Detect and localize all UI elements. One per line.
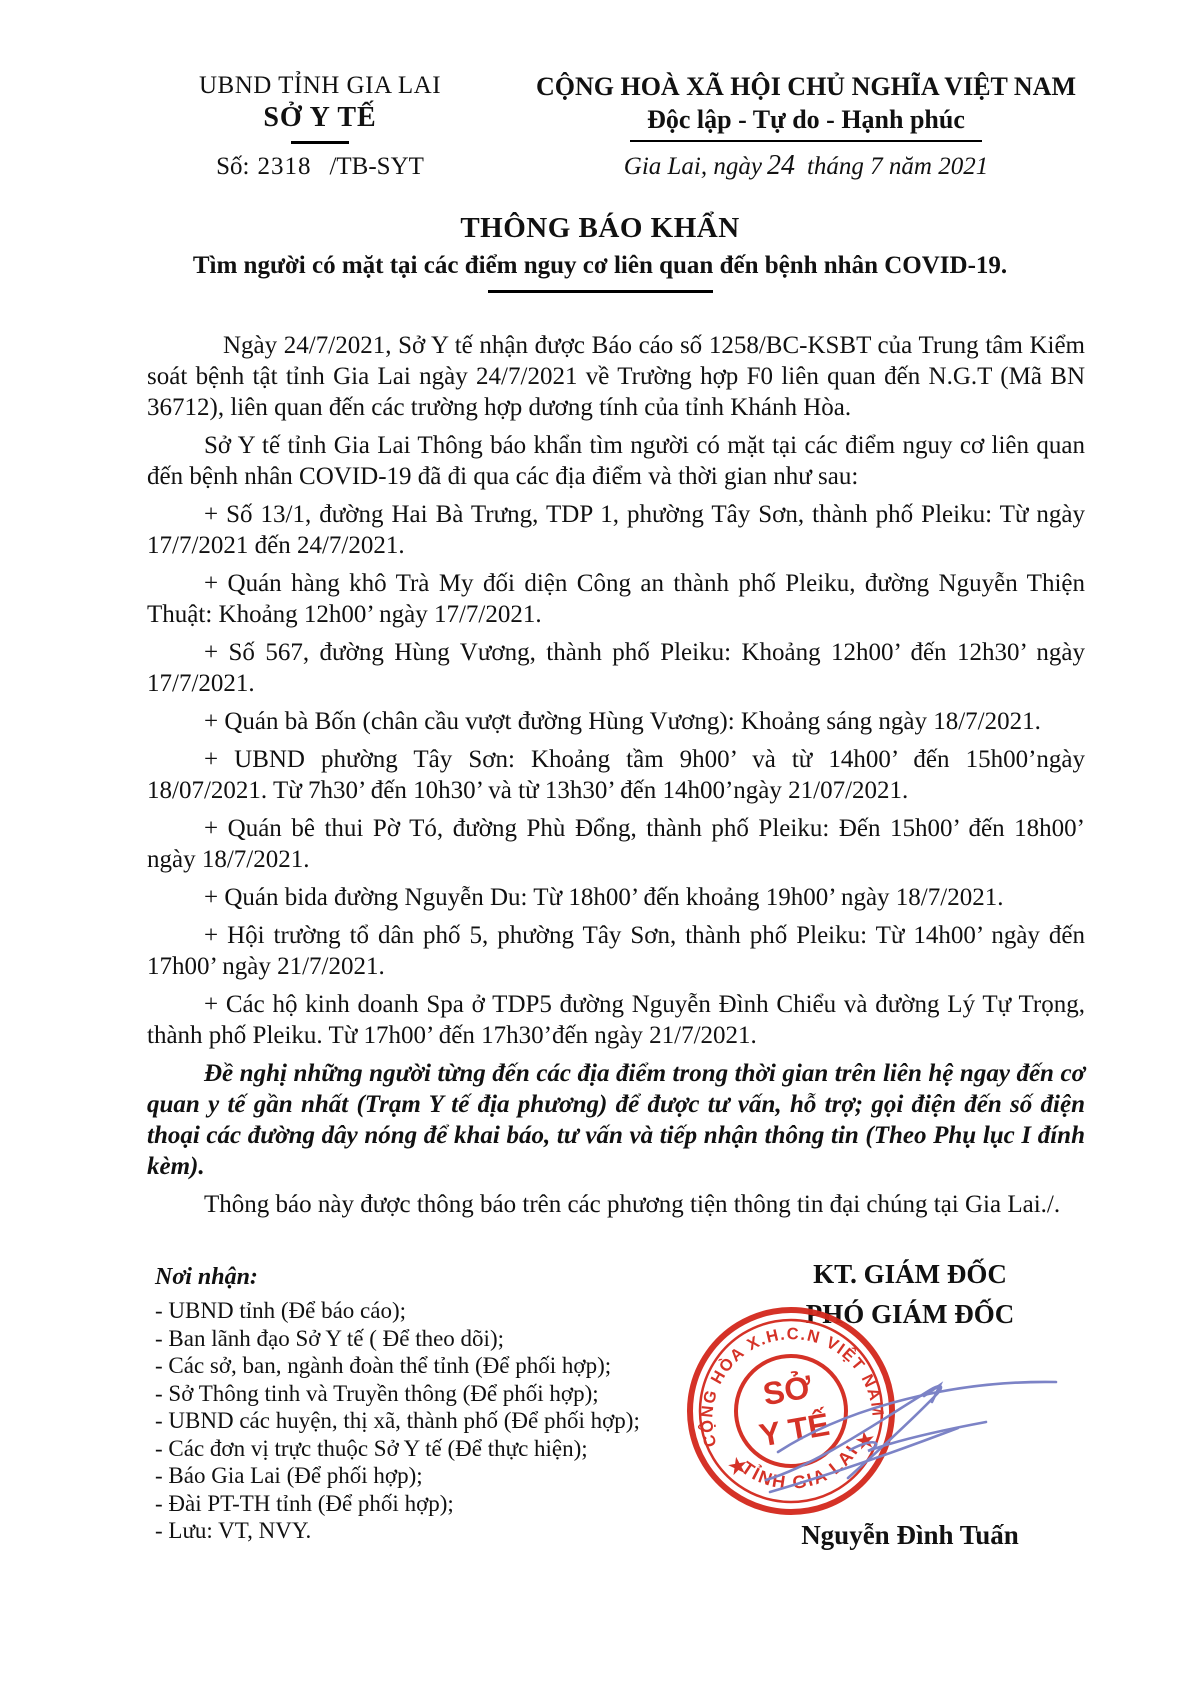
motto-underline bbox=[630, 140, 982, 142]
recipient-item: - UBND các huyện, thị xã, thành phố (Để … bbox=[155, 1407, 715, 1435]
org-underline bbox=[291, 141, 349, 144]
document-page: UBND TỈNH GIA LAI SỞ Y TẾ Số:2318/TB-SYT… bbox=[0, 0, 1200, 1699]
paragraph: Ngày 24/7/2021, Sở Y tế nhận được Báo cá… bbox=[147, 330, 1085, 423]
signature-stroke bbox=[778, 1382, 1056, 1452]
doc-number-line: Số:2318/TB-SYT bbox=[128, 153, 512, 181]
recipient-item: - UBND tỉnh (Để báo cáo); bbox=[155, 1297, 715, 1325]
doc-number-label: Số: bbox=[216, 153, 249, 180]
document-title: THÔNG BÁO KHẨN bbox=[0, 212, 1200, 245]
star-icon: ★ bbox=[725, 1452, 751, 1481]
recipient-item: - Đài PT-TH tỉnh (Để phối hợp); bbox=[155, 1490, 715, 1518]
recipient-item: - Các đơn vị trực thuộc Sở Y tế (Để thực… bbox=[155, 1435, 715, 1463]
signature-stroke bbox=[770, 1428, 958, 1492]
bullet-item: + Hội trường tổ dân phố 5, phường Tây Sơ… bbox=[147, 920, 1085, 982]
bullet-item: + Các hộ kinh doanh Spa ở TDP5 đường Ngu… bbox=[147, 989, 1085, 1051]
doc-number-suffix: /TB-SYT bbox=[329, 153, 423, 180]
doc-number-value: 2318 bbox=[249, 153, 329, 180]
document-title-block: THÔNG BÁO KHẨN Tìm người có mặt tại các … bbox=[0, 212, 1200, 293]
place-date-line: Gia Lai, ngày24tháng 7 năm 2021 bbox=[528, 150, 1084, 182]
national-motto: Độc lập - Tự do - Hạnh phúc bbox=[528, 105, 1084, 135]
recipients-block: Nơi nhận: - UBND tỉnh (Để báo cáo); - Ba… bbox=[155, 1264, 715, 1545]
signer-title-kt: KT. GIÁM ĐỐC bbox=[700, 1254, 1120, 1294]
date-day: 24 bbox=[762, 150, 807, 181]
recipient-item: - Sở Thông tinh và Truyền thông (Để phối… bbox=[155, 1380, 715, 1408]
document-subtitle: Tìm người có mặt tại các điểm nguy cơ li… bbox=[0, 252, 1200, 280]
bullet-item: + Số 567, đường Hùng Vương, thành phố Pl… bbox=[147, 637, 1085, 699]
national-header-block: CỘNG HOÀ XÃ HỘI CHỦ NGHĨA VIỆT NAM Độc l… bbox=[528, 72, 1084, 182]
bullet-item: + Số 13/1, đường Hai Bà Trưng, TDP 1, ph… bbox=[147, 499, 1085, 561]
bullet-item: + Quán bida đường Nguyễn Du: Từ 18h00’ đ… bbox=[147, 882, 1085, 913]
bullet-item: + Quán hàng khô Trà My đối diện Công an … bbox=[147, 568, 1085, 630]
signer-name: Nguyễn Đình Tuấn bbox=[700, 1520, 1120, 1551]
closing-paragraph: Thông báo này được thông báo trên các ph… bbox=[147, 1189, 1085, 1220]
national-title: CỘNG HOÀ XÃ HỘI CHỦ NGHĨA VIỆT NAM bbox=[528, 72, 1084, 102]
bullet-item: + Quán bê thui Pờ Tó, đường Phù Đổng, th… bbox=[147, 813, 1085, 875]
title-underline bbox=[488, 290, 713, 293]
recipient-item: - Các sở, ban, ngành đoàn thể tỉnh (Để p… bbox=[155, 1352, 715, 1380]
org-parent: UBND TỈNH GIA LAI bbox=[128, 72, 512, 100]
document-body: Ngày 24/7/2021, Sở Y tế nhận được Báo cá… bbox=[147, 330, 1085, 1227]
recipient-item: - Lưu: VT, NVY. bbox=[155, 1517, 715, 1545]
org-name: SỞ Y TẾ bbox=[128, 102, 512, 134]
date-prefix: Gia Lai, ngày bbox=[624, 153, 762, 180]
emphasis-paragraph: Đề nghị những người từng đến các địa điể… bbox=[147, 1058, 1085, 1182]
recipients-heading: Nơi nhận: bbox=[155, 1264, 715, 1291]
bullet-item: + Quán bà Bốn (chân cầu vượt đường Hùng … bbox=[147, 706, 1085, 737]
recipient-item: - Báo Gia Lai (Để phối hợp); bbox=[155, 1462, 715, 1490]
signature bbox=[748, 1352, 1073, 1502]
bullet-item: + UBND phường Tây Sơn: Khoảng tầm 9h00’ … bbox=[147, 744, 1085, 806]
recipient-item: - Ban lãnh đạo Sở Y tế ( Để theo dõi); bbox=[155, 1325, 715, 1353]
date-rest: tháng 7 năm 2021 bbox=[807, 153, 988, 180]
paragraph: Sở Y tế tỉnh Gia Lai Thông báo khẩn tìm … bbox=[147, 430, 1085, 492]
issuing-agency-block: UBND TỈNH GIA LAI SỞ Y TẾ Số:2318/TB-SYT bbox=[128, 72, 512, 181]
